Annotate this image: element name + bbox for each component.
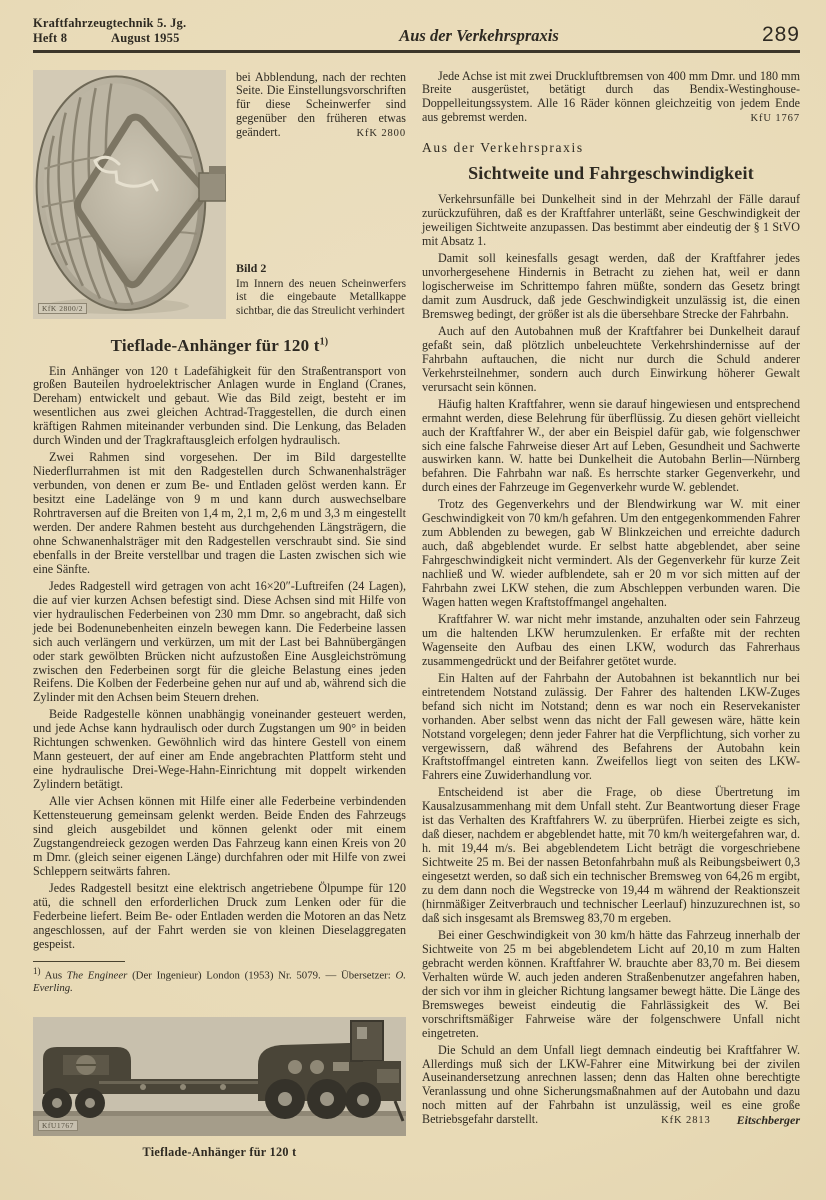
article1-paragraph: Zwei Rahmen sind vorgesehen. Der im Bild… bbox=[33, 451, 406, 577]
right-column: Jede Achse ist mit zwei Druckluftbremsen… bbox=[422, 70, 800, 1161]
figure1-caption-text: Im Innern des neuen Scheinwerfers ist di… bbox=[236, 278, 406, 319]
photo-ref-label: KfK 2800/2 bbox=[38, 303, 87, 314]
article1-paragraph: Beide Radgestelle können unabhängig vone… bbox=[33, 708, 406, 792]
journal-title: Kraftfahrzeugtechnik 5. Jg. bbox=[33, 16, 248, 31]
journal-masthead: Kraftfahrzeugtechnik 5. Jg. Heft 8 Augus… bbox=[33, 16, 248, 47]
continuation-ref-code: KfU 1767 bbox=[735, 111, 801, 125]
continuation-paragraph: Jede Achse ist mit zwei Druckluftbremsen… bbox=[422, 70, 800, 126]
footnote-marker: 1) bbox=[33, 966, 41, 976]
intro-ref-code: KfK 2800 bbox=[357, 126, 407, 140]
closing-ref-code: KfK 2813 bbox=[645, 1113, 711, 1127]
article2-paragraph: Kraftfahrer W. war nicht mehr imstande, … bbox=[422, 613, 800, 669]
footnote-source: The Engineer bbox=[67, 969, 128, 981]
photo-ref-label: KfU1767 bbox=[38, 1120, 78, 1131]
article2-paragraph: Bei einer Geschwindigkeit von 30 km/h hä… bbox=[422, 929, 800, 1041]
footnote: 1) Aus The Engineer (Der Ingenieur) Lond… bbox=[33, 961, 406, 996]
article1-title: Tieflade-Anhänger für 120 t1) bbox=[33, 336, 406, 356]
article1-paragraph: Jedes Radgestell wird getragen von acht … bbox=[33, 580, 406, 706]
headlight-photo-drawing bbox=[33, 70, 226, 319]
figure-side-column: bei Abblendung, nach der rechten Seite. … bbox=[236, 70, 406, 319]
article1-paragraph: Alle vier Achsen können mit Hilfe einer … bbox=[33, 795, 406, 879]
headlight-figure: KfK 2800/2 bei Abblendung, nach der rech… bbox=[33, 70, 406, 319]
journal-page-scan: { "header": { "journal": "Kraftfahrzeugt… bbox=[0, 0, 826, 1200]
trailer-figure: KfU1767 Tieflade-Anhänger für 120 t bbox=[33, 1017, 406, 1160]
footnote-prefix: Aus bbox=[41, 969, 67, 981]
footnote-rule bbox=[33, 961, 125, 962]
figure1-caption-title: Bild 2 bbox=[236, 261, 406, 275]
article2-paragraph: Damit soll keinesfalls gesagt werden, da… bbox=[422, 252, 800, 322]
two-column-layout: KfK 2800/2 bei Abblendung, nach der rech… bbox=[33, 70, 800, 1161]
footnote-middle: (Der Ingenieur) London (1953) Nr. 5079. … bbox=[127, 969, 395, 981]
headlight-photo: KfK 2800/2 bbox=[33, 70, 226, 319]
article2-paragraph: Verkehrsunfälle bei Dunkelheit sind in d… bbox=[422, 193, 800, 249]
article2-closing-paragraph: Die Schuld an dem Unfall liegt demnach e… bbox=[422, 1044, 800, 1128]
trailer-figure-caption: Tieflade-Anhänger für 120 t bbox=[33, 1145, 406, 1160]
figure1-caption: Bild 2 Im Innern des neuen Scheinwerfers… bbox=[236, 261, 406, 318]
page-number: 289 bbox=[710, 23, 800, 47]
issue-number: Heft 8 bbox=[33, 31, 111, 46]
article2-title: Sichtweite und Fahrgeschwindigkeit bbox=[422, 163, 800, 184]
running-head: Aus der Verkehrspraxis bbox=[248, 26, 710, 47]
article1-title-footnote-marker: 1) bbox=[320, 336, 329, 347]
page-header: Kraftfahrzeugtechnik 5. Jg. Heft 8 Augus… bbox=[33, 16, 800, 47]
article1-paragraph: Ein Anhänger von 120 t Ladefähigkeit für… bbox=[33, 365, 406, 449]
article2-paragraph: Auch auf den Autobahnen muß der Kraftfah… bbox=[422, 325, 800, 395]
issue-date: August 1955 bbox=[111, 31, 180, 46]
left-column: KfK 2800/2 bei Abblendung, nach der rech… bbox=[33, 70, 406, 1161]
trailer-photo-drawing bbox=[33, 1017, 406, 1136]
trailer-photo: KfU1767 bbox=[33, 1017, 406, 1136]
article2-paragraph: Häufig halten Kraftfahrer, wenn sie dara… bbox=[422, 398, 800, 496]
article2-paragraph: Trotz des Gegenverkehrs und der Blendwir… bbox=[422, 498, 800, 610]
author-signature: Eitschberger bbox=[711, 1113, 800, 1128]
section-kicker: Aus der Verkehrspraxis bbox=[422, 140, 800, 156]
article1-paragraph: Jedes Radgestell besitzt eine elektrisch… bbox=[33, 882, 406, 952]
header-rule bbox=[33, 50, 800, 53]
article2-paragraph: Entscheidend ist aber die Frage, ob dies… bbox=[422, 786, 800, 926]
issue-line: Heft 8 August 1955 bbox=[33, 31, 248, 46]
article2-paragraph: Ein Halten auf der Fahrbahn der Autobahn… bbox=[422, 672, 800, 784]
intro-continuation-paragraph: bei Abblendung, nach der rechten Seite. … bbox=[236, 71, 406, 141]
